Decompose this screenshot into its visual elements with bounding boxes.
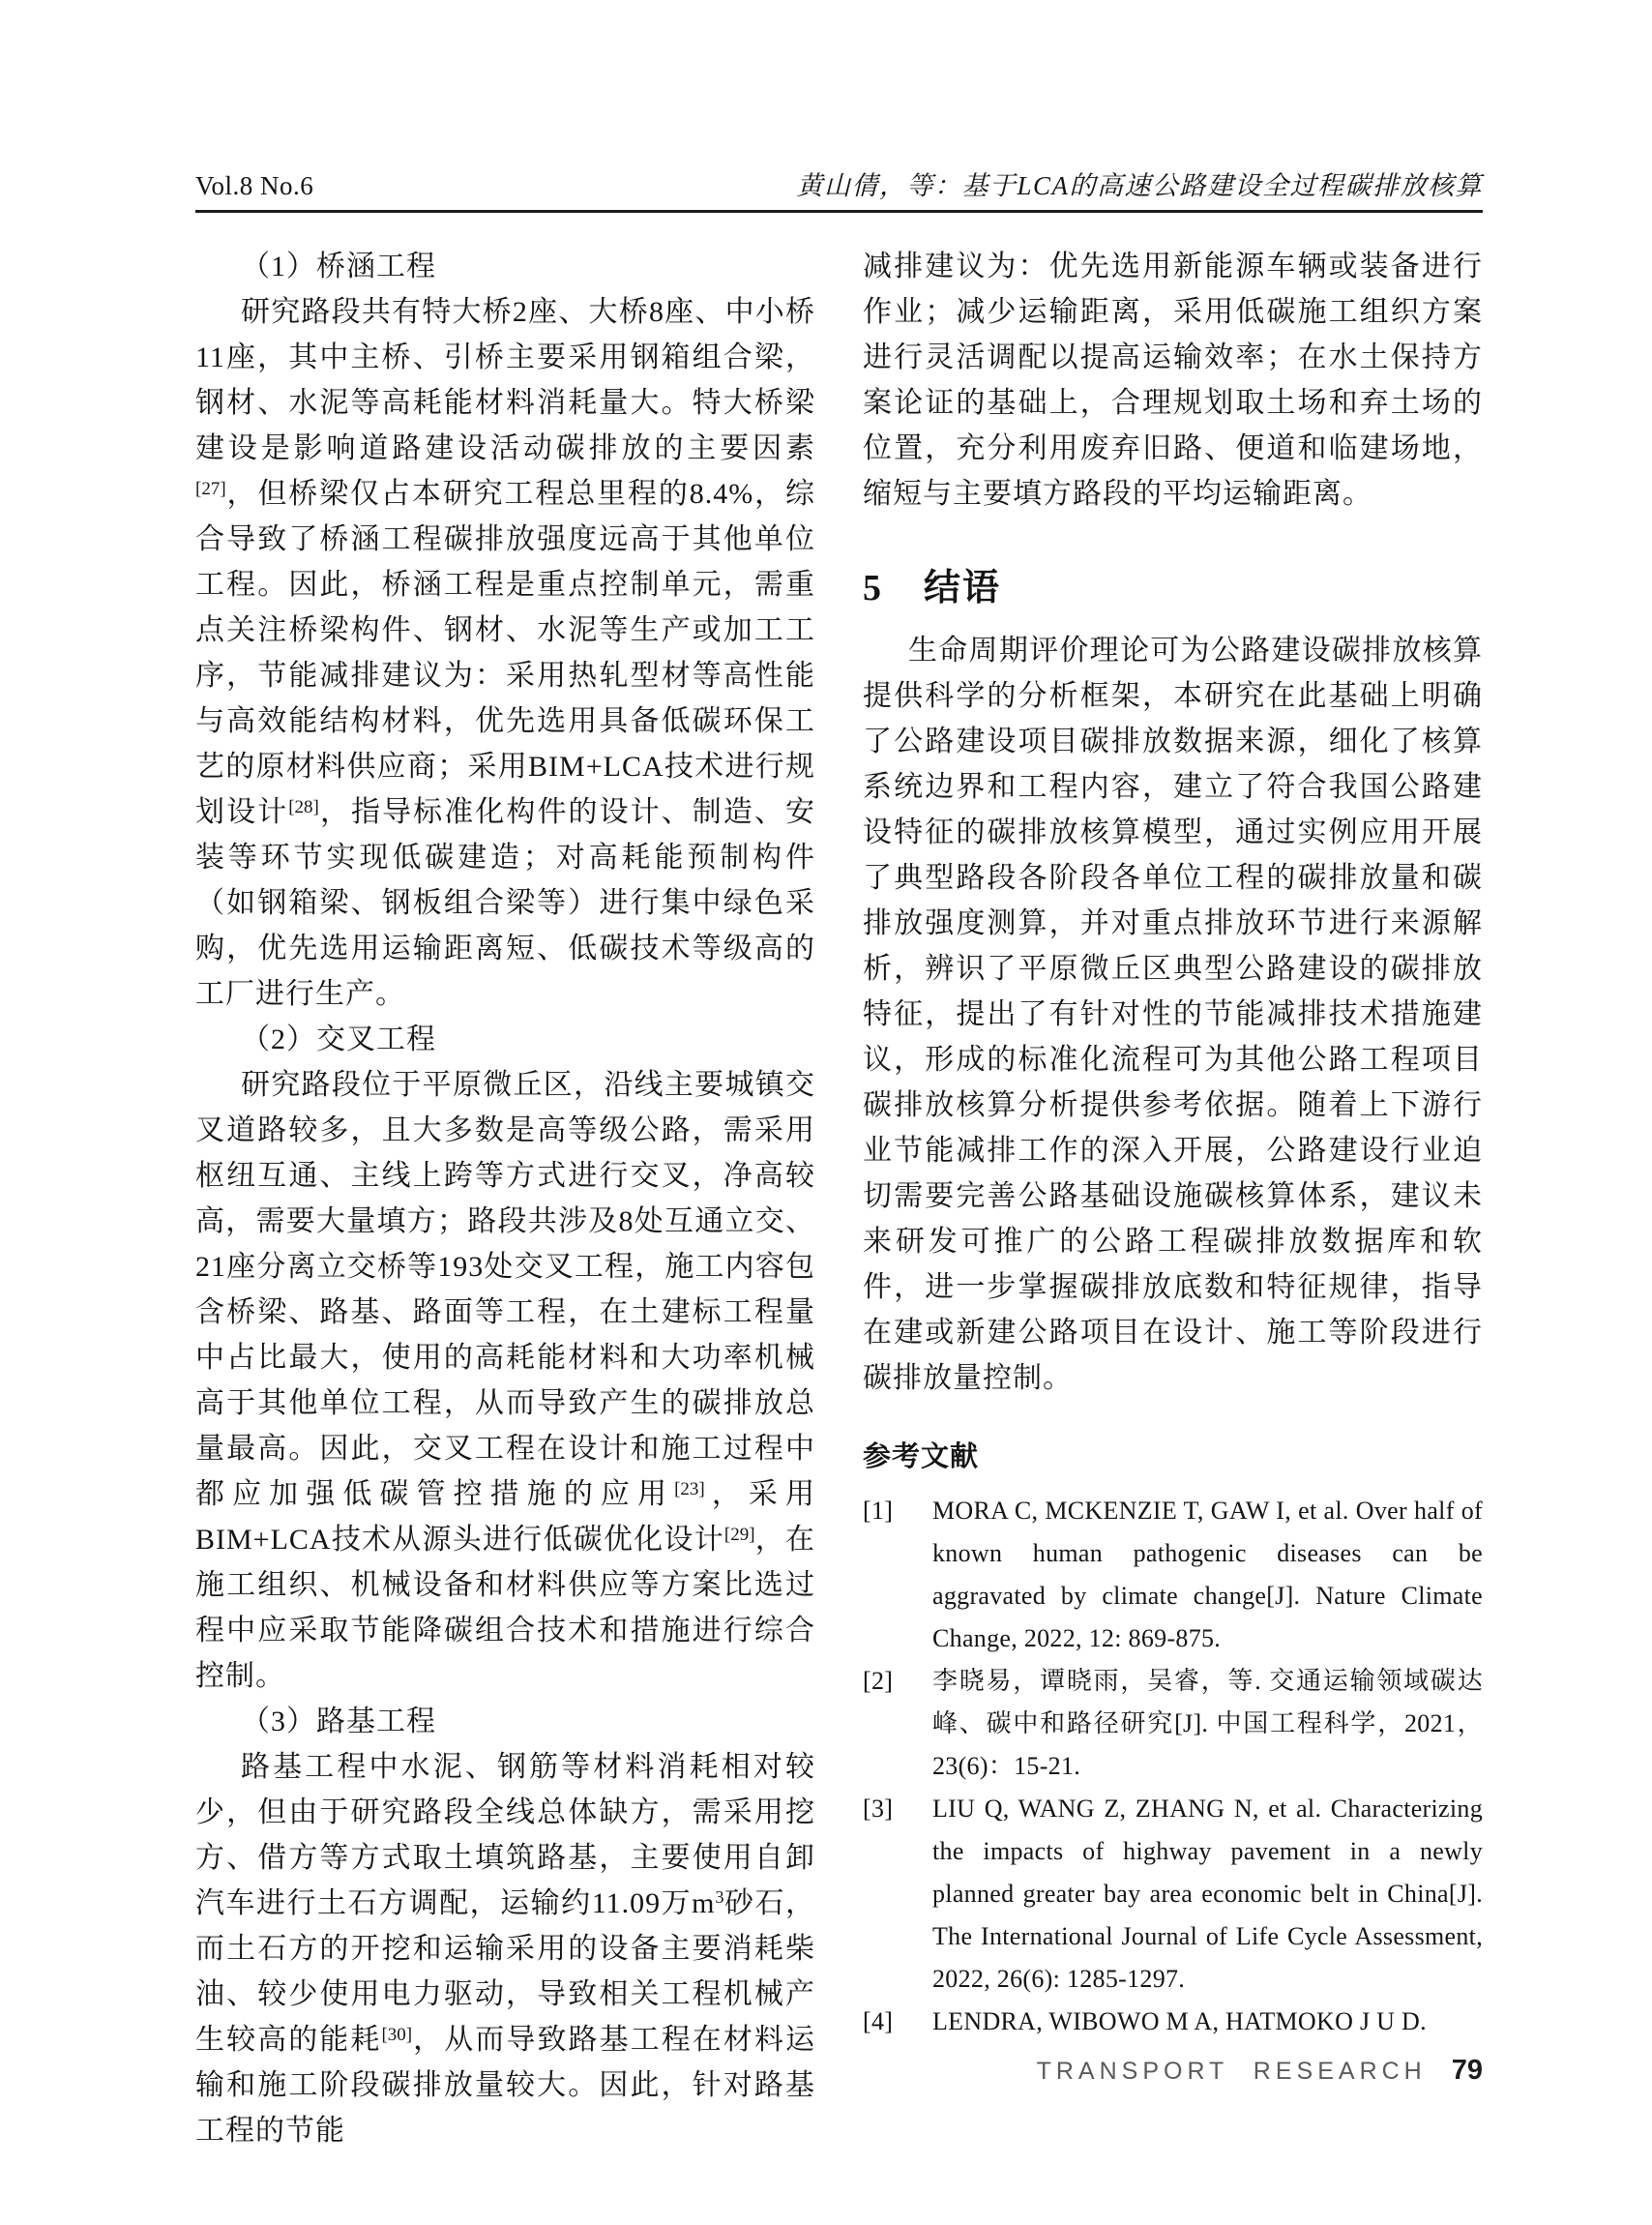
paragraph-text: 研究路段位于平原微丘区，沿线主要城镇交叉道路较多，且大多数是高等级公路，需采用枢… <box>195 1069 815 1510</box>
reference-list: [1]MORA C, MCKENZIE T, GAW I, et al. Ove… <box>863 1490 1483 2043</box>
reference-text: MORA C, MCKENZIE T, GAW I, et al. Over h… <box>932 1497 1483 1652</box>
running-head: Vol.8 No.6 黄山倩，等：基于LCA的高速公路建设全过程碳排放核算 <box>195 0 1483 213</box>
right-column: 减排建议为：优先选用新能源车辆或装备进行作业；减少运输距离，采用低碳施工组织方案… <box>863 244 1483 2153</box>
citation-superscript: [23] <box>674 1479 705 1499</box>
paragraph-bridge: 研究路段共有特大桥2座、大桥8座、中小桥11座，其中主桥、引桥主要采用钢箱组合梁… <box>195 289 815 1017</box>
page-footer: TRANSPORT RESEARCH 79 <box>195 2055 1483 2087</box>
journal-name: TRANSPORT RESEARCH <box>1037 2058 1427 2086</box>
page-body: （1）桥涵工程 研究路段共有特大桥2座、大桥8座、中小桥11座，其中主桥、引桥主… <box>195 244 1483 2153</box>
citation-superscript: [29] <box>724 1525 755 1545</box>
volume-label: Vol.8 No.6 <box>195 171 313 201</box>
paragraph-crossing: 研究路段位于平原微丘区，沿线主要城镇交叉道路较多，且大多数是高等级公路，需采用枢… <box>195 1062 815 1699</box>
reference-number: [3] <box>863 1788 893 1830</box>
paragraph-subgrade: 路基工程中水泥、钢筋等材料消耗相对较少，但由于研究路段全线总体缺方，需采用挖方、… <box>195 1744 815 2153</box>
citation-superscript: [28] <box>288 797 319 817</box>
reference-item: [2]李晓易，谭晓雨，吴睿，等. 交通运输领域碳达峰、碳中和路径研究[J]. 中… <box>863 1660 1483 1788</box>
reference-number: [1] <box>863 1490 893 1532</box>
reference-text: 李晓易，谭晓雨，吴睿，等. 交通运输领域碳达峰、碳中和路径研究[J]. 中国工程… <box>932 1667 1483 1780</box>
reference-text: LENDRA, WIBOWO M A, HATMOKO J U D. <box>932 2007 1427 2035</box>
left-column: （1）桥涵工程 研究路段共有特大桥2座、大桥8座、中小桥11座，其中主桥、引桥主… <box>195 244 815 2153</box>
paragraph-subgrade-continued: 减排建议为：优先选用新能源车辆或装备进行作业；减少运输距离，采用低碳施工组织方案… <box>863 244 1483 517</box>
section-title: 结语 <box>924 563 1001 613</box>
reference-item: [4]LENDRA, WIBOWO M A, HATMOKO J U D. <box>863 2001 1483 2043</box>
reference-number: [2] <box>863 1660 893 1703</box>
reference-item: [3]LIU Q, WANG Z, ZHANG N, et al. Charac… <box>863 1788 1483 2001</box>
subsection-heading-subgrade: （3）路基工程 <box>195 1699 815 1744</box>
running-title: 黄山倩，等：基于LCA的高速公路建设全过程碳排放核算 <box>796 164 1483 202</box>
subsection-heading-crossing: （2）交叉工程 <box>195 1017 815 1062</box>
citation-superscript: [27] <box>195 479 226 499</box>
paragraph-text: ，指导标准化构件的设计、制造、安装等环节实现低碳建造；对高耗能预制构件（如钢箱梁… <box>195 796 815 1010</box>
references-heading: 参考文献 <box>863 1435 1483 1480</box>
section-number: 5 <box>863 563 883 613</box>
reference-text: LIU Q, WANG Z, ZHANG N, et al. Character… <box>932 1795 1483 1993</box>
section-heading-conclusion: 5 结语 <box>863 563 1483 613</box>
reference-number: [4] <box>863 2001 893 2043</box>
page-number: 79 <box>1452 2055 1483 2087</box>
journal-page: Vol.8 No.6 黄山倩，等：基于LCA的高速公路建设全过程碳排放核算 （1… <box>0 0 1652 2225</box>
paragraph-conclusion: 生命周期评价理论可为公路建设碳排放核算提供科学的分析框架，本研究在此基础上明确了… <box>863 628 1483 1401</box>
reference-item: [1]MORA C, MCKENZIE T, GAW I, et al. Ove… <box>863 1490 1483 1660</box>
citation-superscript: [30] <box>381 2025 412 2045</box>
subsection-heading-bridge: （1）桥涵工程 <box>195 244 815 289</box>
paragraph-text: ，但桥梁仅占本研究工程总里程的8.4%，综合导致了桥涵工程碳排放强度远高于其他单… <box>195 478 815 828</box>
paragraph-text: 研究路段共有特大桥2座、大桥8座、中小桥11座，其中主桥、引桥主要采用钢箱组合梁… <box>195 296 815 464</box>
